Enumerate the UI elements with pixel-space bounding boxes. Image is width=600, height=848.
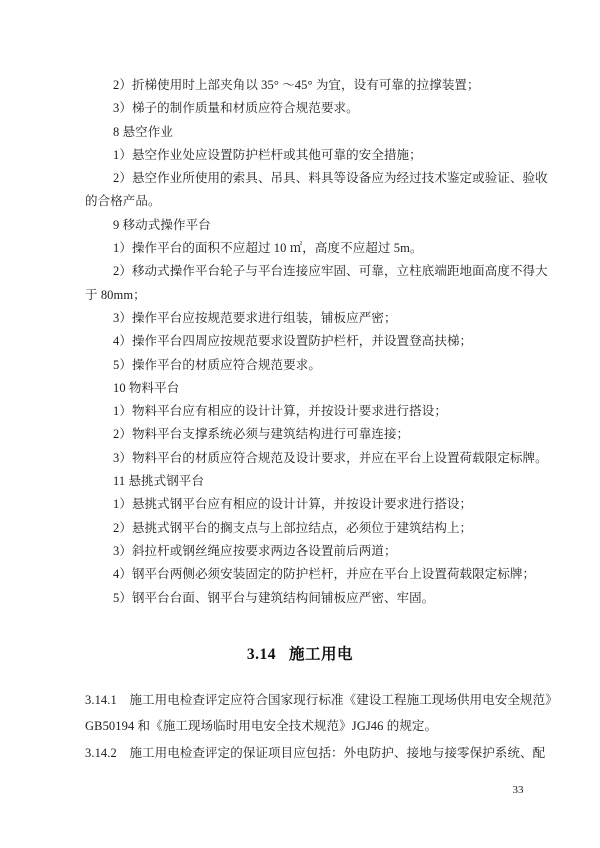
body-line: 10 物料平台: [85, 377, 571, 400]
section-number: 3.14: [247, 646, 276, 663]
body-line: 3）操作平台应按规范要求进行组装，铺板应严密；: [85, 307, 571, 330]
body-line: 2）物料平台支撑系统必须与建筑结构进行可靠连接；: [85, 423, 571, 446]
body-line: 5）操作平台的材质应符合规范要求。: [85, 354, 571, 377]
body-line: 3）梯子的制作质量和材质应符合规范要求。: [85, 97, 571, 120]
body-line: 1）悬空作业处应设置防护栏杆或其他可靠的安全措施；: [85, 144, 571, 167]
document-page: 2）折梯使用时上部夹角以 35° ～45° 为宜，设有可靠的拉撑装置； 3）梯子…: [0, 0, 600, 848]
body-line: 2）悬挑式钢平台的搁支点与上部拉结点，必须位于建筑结构上；: [85, 517, 571, 540]
body-text-block: 2）折梯使用时上部夹角以 35° ～45° 为宜，设有可靠的拉撑装置； 3）梯子…: [85, 74, 571, 610]
body-line: 于 80mm；: [85, 284, 571, 307]
body-line: 1）悬挑式钢平台应有相应的设计计算，并按设计要求进行搭设；: [85, 493, 571, 516]
page-number: 33: [500, 784, 536, 796]
body-line: 5）钢平台台面、钢平台与建筑结构间铺板应严密、牢固。: [85, 587, 571, 610]
body-line: 2）折梯使用时上部夹角以 35° ～45° 为宜，设有可靠的拉撑装置；: [85, 74, 571, 97]
section-title: 施工用电: [289, 646, 353, 663]
clause-line: 3.14.2 施工用电检查评定的保证项目应包括：外电防护、接地与接零保护系统、配: [85, 740, 571, 766]
clause-line: 3.14.1 施工用电检查评定应符合国家现行标准《建设工程施工现场供用电安全规范…: [85, 687, 571, 713]
body-line: 3）物料平台的材质应符合规范及设计要求，并应在平台上设置荷载限定标牌。: [85, 447, 571, 470]
body-line: 9 移动式操作平台: [85, 214, 571, 237]
body-line: 4）钢平台两侧必须安装固定的防护栏杆，并应在平台上设置荷载限定标牌；: [85, 563, 571, 586]
body-line: 2）悬空作业所使用的索具、吊具、料具等设备应为经过技术鉴定或验证、验收: [85, 167, 571, 190]
body-line: 8 悬空作业: [85, 121, 571, 144]
body-line: 1）物料平台应有相应的设计计算，并按设计要求进行搭设；: [85, 400, 571, 423]
body-line: 4）操作平台四周应按规范要求设置防护栏杆，并设置登高扶梯；: [85, 330, 571, 353]
body-line: 11 悬挑式钢平台: [85, 470, 571, 493]
clause-line: GB50194 和《施工现场临时用电安全技术规范》JGJ46 的规定。: [85, 713, 571, 739]
body-line: 1）操作平台的面积不应超过 10 ㎡，高度不应超过 5m。: [85, 237, 571, 260]
body-line: 2）移动式操作平台轮子与平台连接应牢固、可靠，立柱底端距地面高度不得大: [85, 260, 571, 283]
clause-paragraphs: 3.14.1 施工用电检查评定应符合国家现行标准《建设工程施工现场供用电安全规范…: [85, 687, 571, 766]
body-line: 的合格产品。: [85, 190, 571, 213]
section-heading: 3.14施工用电: [0, 642, 600, 664]
body-line: 3）斜拉杆或钢丝绳应按要求两边各设置前后两道；: [85, 540, 571, 563]
